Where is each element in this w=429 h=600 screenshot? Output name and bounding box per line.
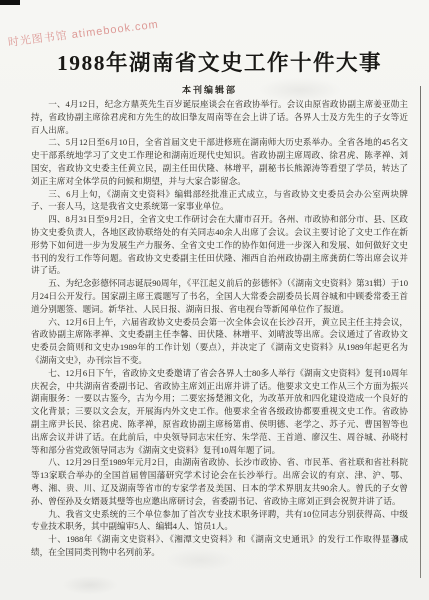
scanned-document-page: 时光图书馆 atimebook.com 1988年湖南省文史工作十件大事 本刊编… [0,0,429,600]
paragraph: 九、我省文史系统的三个单位参加了首次专业技术职务评聘，共有10位同志分别获得高、… [31,508,408,534]
body-paragraphs: 一、4月12日，纪念方鼎英先生百岁诞辰座谈会在省政协举行。会议由原省政协副主席姜… [31,98,408,559]
paragraph: 四、8月31日至9月2日，全省文史工作研讨会在大庸市召开。各州、市政协和部分市、… [31,213,408,277]
paragraph: 五、为纪念彭德怀同志诞辰90周年，《平江起义前后的彭德怀》（《湖南文史资料》第3… [31,277,408,315]
paragraph: 七、12月6日下午，省政协文史委邀请了省会各界人士80多人举行《湖南文史资料》复… [31,367,408,457]
paragraph: 八、12月29日至1989年元月2日，由湖南省政协、长沙市政协、省、市民革、省社… [31,456,408,507]
paragraph: 十、1988年《湖南文史资料》、《湘潭文史资料》和《湖南文史通讯》的发行工作取得… [31,533,408,559]
page-edge-line [420,86,421,578]
library-watermark: 时光图书馆 atimebook.com [7,16,159,50]
page-number: 3 [394,535,399,545]
byline: 本刊编辑部 [0,83,419,96]
page-title: 1988年湖南省文史工作十件大事 [30,46,409,77]
paragraph: 二、5月12日至6月10日，全省首届文史干部进修班在湖南师大历史系举办。全省各地… [31,136,408,187]
paragraph: 六、12月6日上午，六届省政协文史委员会第一次全体会议在长沙召开，黄立民主任主持… [31,316,408,367]
paragraph: 一、4月12日，纪念方鼎英先生百岁诞辰座谈会在省政协举行。会议由原省政协副主席姜… [31,98,408,136]
scan-artifact-corner [0,0,20,5]
paragraph: 三、6月上旬，《湖南文史资料》编辑部经批准正式成立，与省政协文史委员会办公室两块… [31,188,408,214]
